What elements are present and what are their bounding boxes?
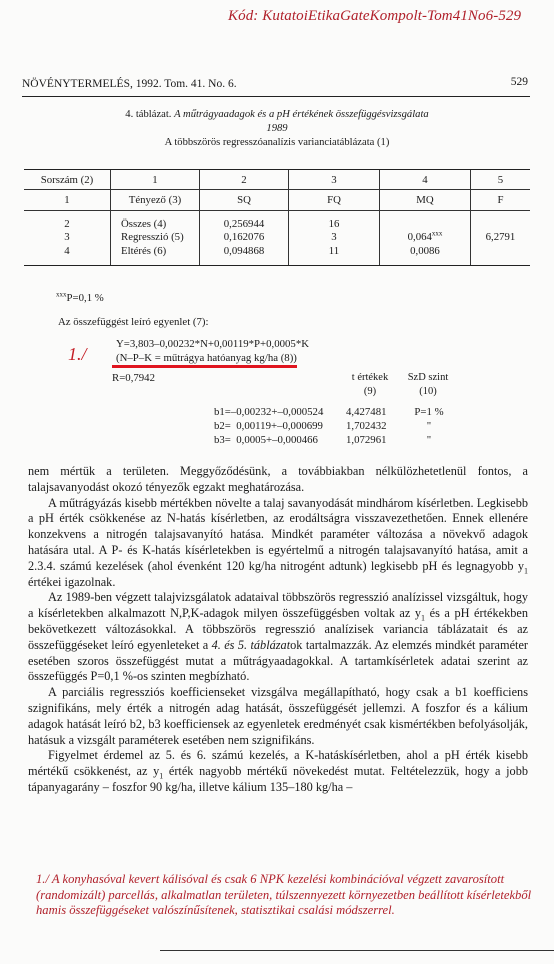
header-rule	[22, 96, 530, 97]
mq-value	[384, 218, 466, 232]
factor-cell: Összes (4) Regresszió (5) Eltérés (6)	[111, 211, 200, 266]
mq-value: 0,064	[408, 231, 432, 243]
table-caption-prefix: 4. táblázat.	[125, 109, 171, 120]
row-number: 4	[28, 245, 106, 259]
fq-value: 16	[293, 218, 375, 232]
text-run: értékei igazolnak.	[28, 575, 115, 589]
factor-label: Összes (4)	[121, 218, 195, 232]
szd-value-list: P=1 % " "	[406, 405, 452, 447]
coefficient-b1: b1=–0,00232+–0,000524	[214, 405, 323, 419]
row-number: 3	[28, 231, 106, 245]
document-code-label: Kód: KutatoiEtikaGateKompolt-Tom41No6-52…	[228, 8, 521, 25]
paragraph: nem mértük a területen. Meggyőződésünk, …	[28, 464, 528, 496]
sq-value: 0,094868	[204, 245, 284, 259]
header-cell: 3	[289, 170, 380, 190]
header-cell: 4	[380, 170, 471, 190]
equation-intro: Az összefüggést leíró egyenlet (7):	[58, 316, 209, 328]
sq-value: 0,162076	[204, 231, 284, 245]
t-value: 1,072961	[346, 433, 387, 447]
factor-label: Eltérés (6)	[121, 245, 195, 259]
r-value: R=0,7942	[112, 372, 155, 384]
fq-value: 11	[293, 245, 375, 259]
coefficient-b2: b2= 0,00119+–0,000699	[214, 419, 323, 433]
equation-legend: (N–P–K = műtrágya hatóanyag kg/ha (8))	[116, 352, 297, 364]
table-caption-title: A műtrágyaadagok és a pH értékének össze…	[174, 109, 429, 120]
table-reference: 4. és 5. táblázat	[212, 638, 291, 652]
sq-cell: 0,256944 0,162076 0,094868	[200, 211, 289, 266]
footnote-marker: xxx	[56, 290, 67, 298]
fq-cell: 16 3 11	[289, 211, 380, 266]
sq-value: 0,256944	[204, 218, 284, 232]
paragraph: A műtrágyázás kisebb mértékben növelte a…	[28, 496, 528, 591]
t-header-label: t értékek	[346, 371, 394, 385]
paragraph: Az 1989-ben végzett talajvizsgálatok ada…	[28, 590, 528, 685]
factor-label: Regresszió (5)	[121, 231, 195, 245]
f-value	[475, 218, 526, 232]
table-caption: 4. táblázat. A műtrágyaadagok és a pH ér…	[0, 108, 554, 122]
red-highlight-underline	[112, 365, 297, 368]
significance-marker: xxx	[432, 230, 443, 238]
szd-value: "	[406, 419, 452, 433]
paragraph: Figyelmet érdemel az 5. és 6. számú keze…	[28, 748, 528, 795]
header-cell: 1	[24, 190, 111, 211]
page-number: 529	[511, 76, 528, 88]
header-cell: MQ	[380, 190, 471, 211]
header-cell: 1	[111, 170, 200, 190]
body-text: nem mértük a területen. Meggyőződésünk, …	[28, 464, 528, 796]
szd-header-label: SzD szint	[403, 371, 453, 385]
header-cell: Sorszám (2)	[24, 170, 111, 190]
t-value: 4,427481	[346, 405, 387, 419]
table-caption-year: 1989	[0, 122, 554, 136]
running-head: NÖVÉNYTERMELÉS, 1992. Tom. 41. No. 6.	[22, 78, 237, 90]
header-cell: Tényező (3)	[111, 190, 200, 211]
row-number: 2	[28, 218, 106, 232]
footnote-text: P=0,1 %	[67, 292, 104, 304]
header-cell: 5	[471, 170, 531, 190]
bottom-rule	[160, 950, 554, 951]
szd-value: P=1 %	[406, 405, 452, 419]
coefficient-b3: b3= 0,0005+–0,000466	[214, 433, 323, 447]
annotation-marker: 1./	[68, 344, 87, 365]
table-header-numbers: Sorszám (2) 1 2 3 4 5	[24, 170, 530, 190]
header-cell: 2	[200, 170, 289, 190]
f-value	[475, 245, 526, 259]
table-footnote: xxxP=0,1 %	[56, 292, 104, 304]
mq-value-row: 0,064xxx	[384, 231, 466, 245]
header-cell: SQ	[200, 190, 289, 211]
regression-equation: Y=3,803–0,00232*N+0,00119*P+0,0005*K	[116, 338, 309, 350]
fq-value: 3	[293, 231, 375, 245]
paragraph: A parciális regressziós koefficienseket …	[28, 685, 528, 748]
red-annotation-note: 1./ A konyhasóval kevert kálisóval és cs…	[36, 872, 536, 919]
szd-value: "	[406, 433, 452, 447]
row-numbers-cell: 2 3 4	[24, 211, 111, 266]
mq-value: 0,0086	[384, 245, 466, 259]
text-run: A műtrágyázás kisebb mértékben növelte a…	[28, 496, 528, 573]
table-body-row: 2 3 4 Összes (4) Regresszió (5) Eltérés …	[24, 211, 530, 266]
coefficient-list: b1=–0,00232+–0,000524 b2= 0,00119+–0,000…	[214, 405, 323, 447]
mq-cell: 0,064xxx 0,0086	[380, 211, 471, 266]
szd-level-header: SzD szint (10)	[403, 371, 453, 399]
t-values-header: t értékek (9)	[346, 371, 394, 399]
t-value-list: 4,427481 1,702432 1,072961	[346, 405, 387, 447]
header-cell: F	[471, 190, 531, 211]
f-cell: 6,2791	[471, 211, 531, 266]
t-header-number: (9)	[346, 385, 394, 399]
subscript: 1	[524, 566, 528, 575]
anova-table: Sorszám (2) 1 2 3 4 5 1 Tényező (3) SQ F…	[24, 169, 530, 266]
header-cell: FQ	[289, 190, 380, 211]
table-caption-subtitle: A többszörös regresszóanalízis variancia…	[0, 136, 554, 150]
szd-header-number: (10)	[403, 385, 453, 399]
t-value: 1,702432	[346, 419, 387, 433]
table-header-labels: 1 Tényező (3) SQ FQ MQ F	[24, 190, 530, 211]
f-value: 6,2791	[475, 231, 526, 245]
